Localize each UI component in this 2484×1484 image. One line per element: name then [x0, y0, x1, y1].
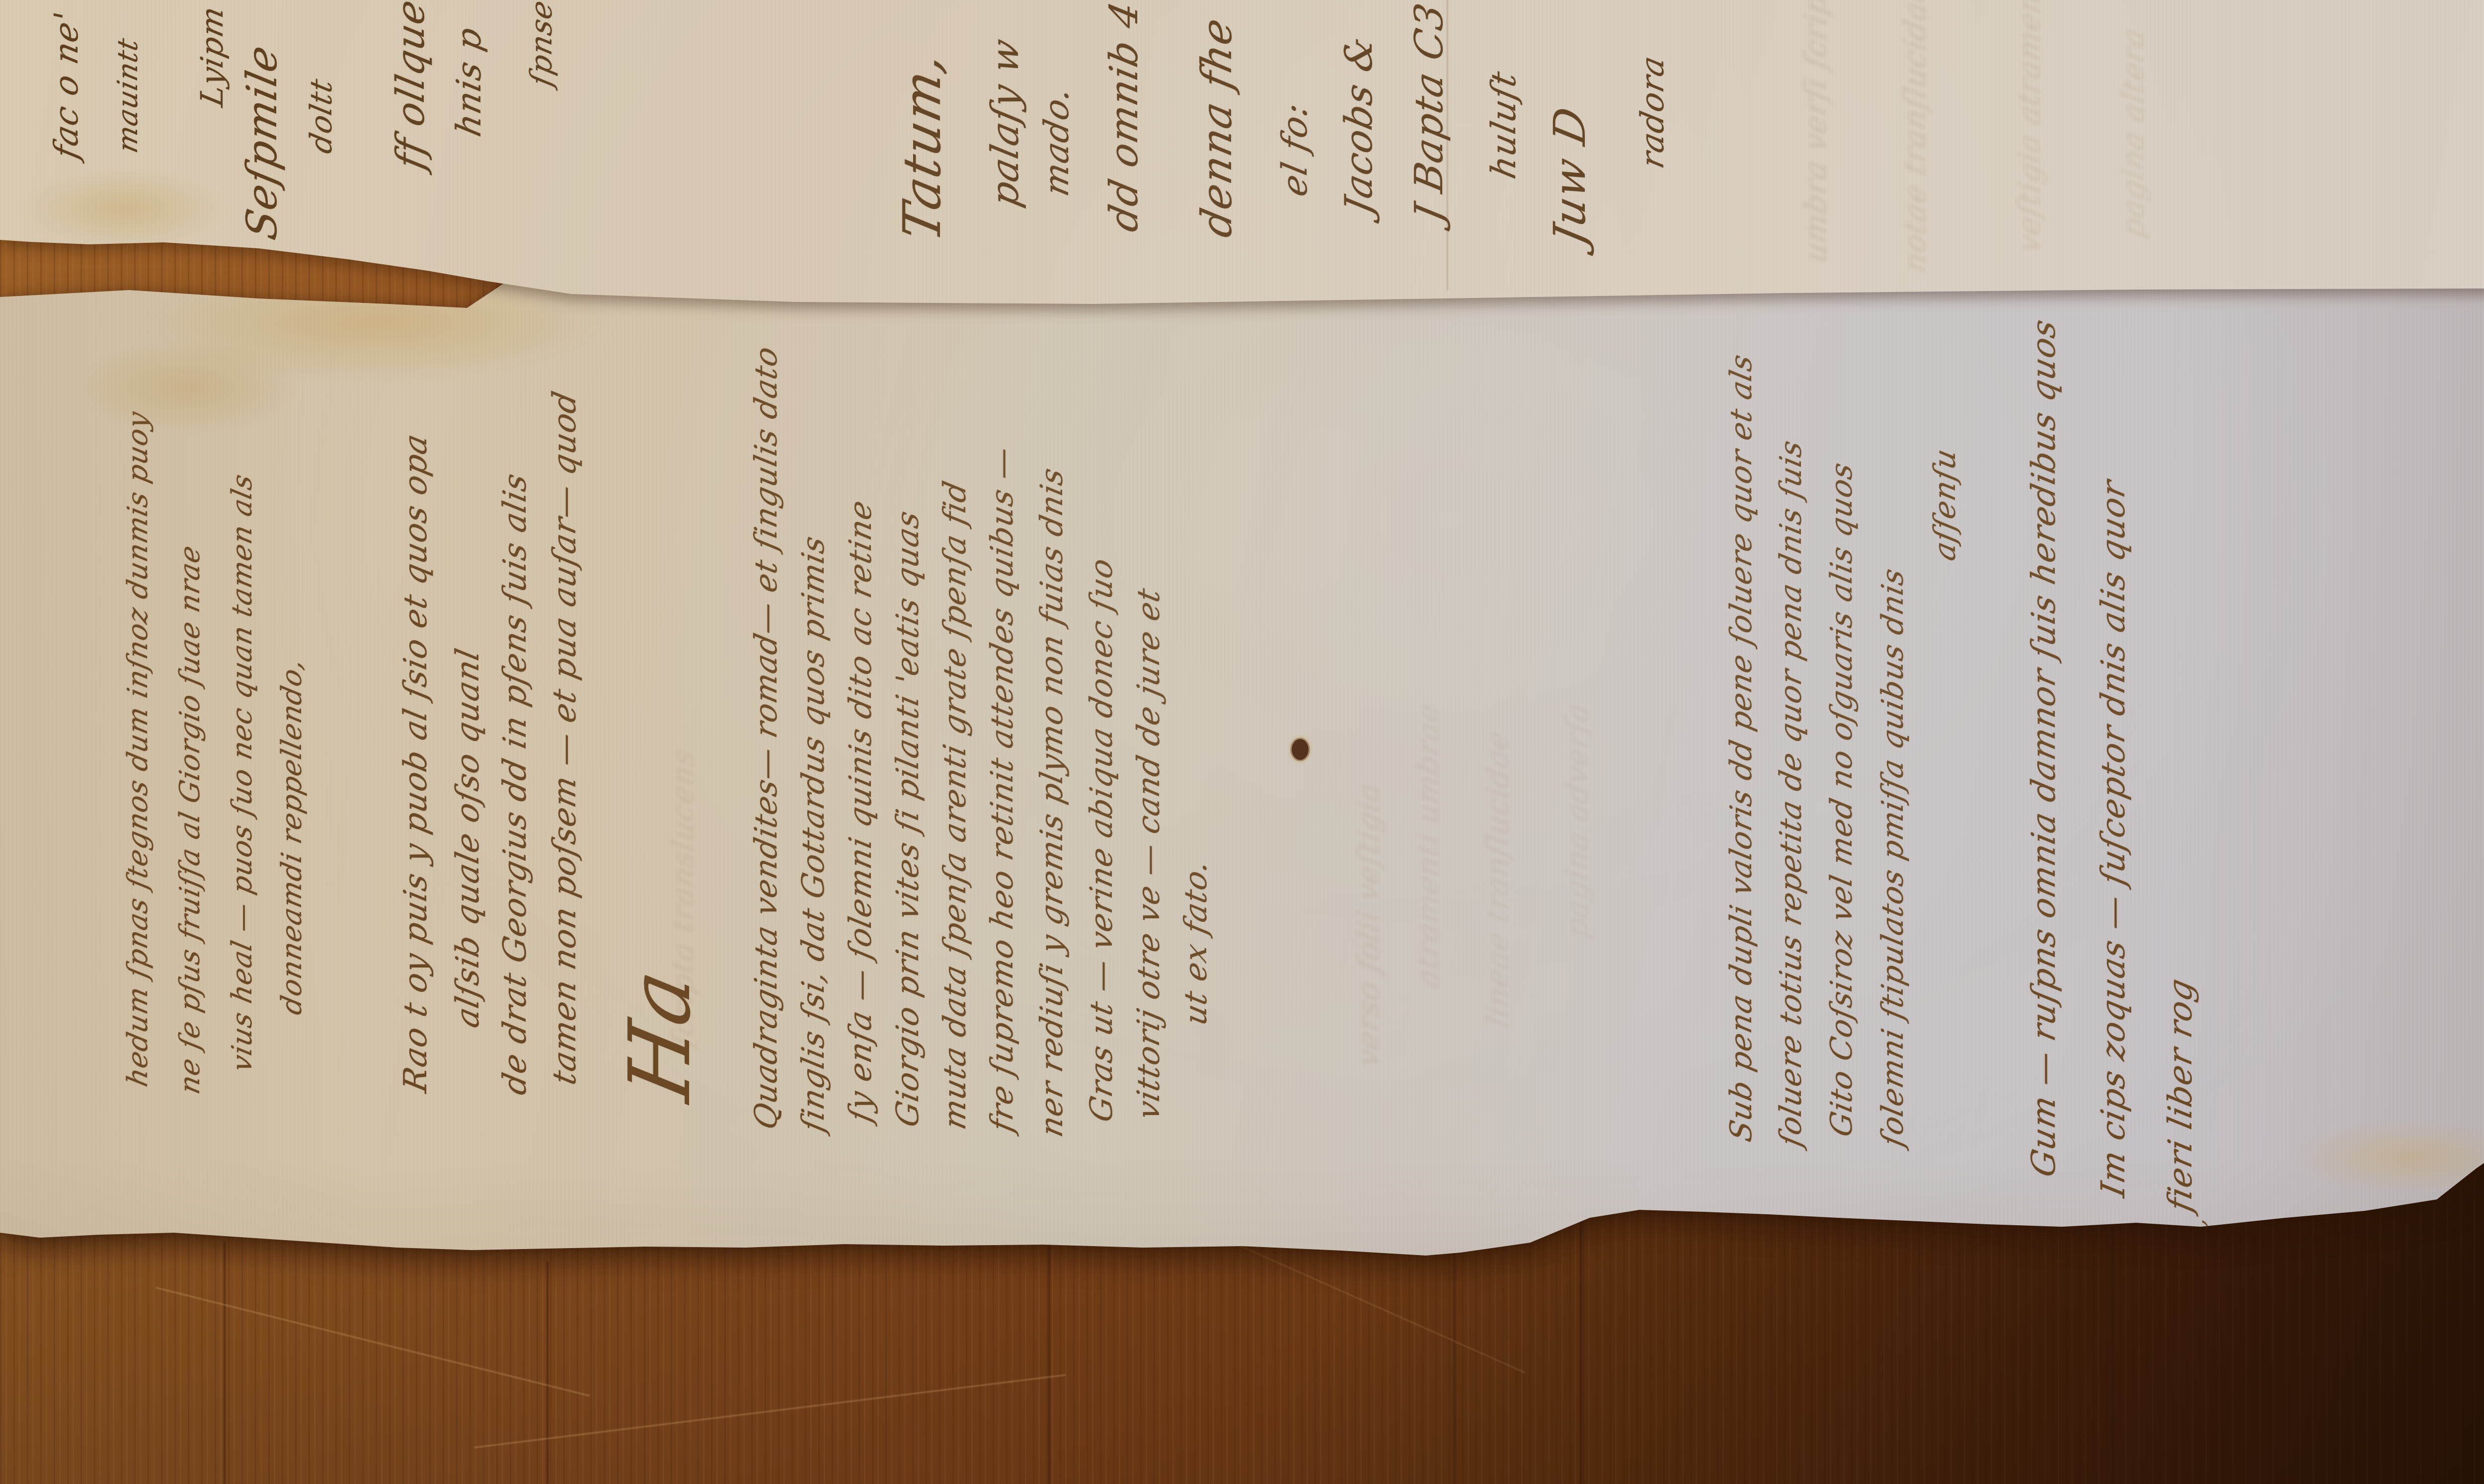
- script-line: denna fhe: [1192, 13, 1241, 241]
- script-line: hnis p: [450, 23, 489, 140]
- upper-manuscript-sheet: fac o ne'mauinttLyipmSeſpmiledolttff oll…: [0, 0, 2484, 1484]
- ghost-script-line: pagina altera: [2116, 25, 2151, 241]
- script-line: Jacobs &: [1336, 32, 1381, 218]
- script-line: ff ollque: [388, 0, 433, 173]
- script-line: huluſt: [1484, 68, 1524, 182]
- script-line: Seſpmile: [237, 40, 286, 243]
- ghost-script-line: umbra verſi ſcripta: [1798, 0, 1833, 266]
- script-line: dd omnib 4: [1102, 0, 1147, 235]
- script-line: Juw D: [1544, 102, 1595, 249]
- script-line: mauintt: [112, 35, 144, 156]
- script-line: Lyipm: [194, 2, 230, 109]
- paper-crease: [1447, 0, 1448, 291]
- ghost-script-line: veſtigia atramenti: [2012, 0, 2047, 256]
- script-line: ſpnse: [524, 0, 559, 89]
- script-line: palaſy w: [983, 34, 1027, 211]
- script-line: Tatum,: [892, 47, 952, 246]
- script-line: fac o ne': [47, 8, 85, 162]
- script-line: mado.: [1037, 83, 1077, 200]
- manuscript-photo-scene: hedum ſpnas ſtegnos dum inſnoz dunmis pu…: [0, 0, 2484, 1484]
- upper-manuscript-sheet-wrap: fac o ne'mauinttLyipmSeſpmiledolttff oll…: [0, 0, 2484, 1484]
- script-line: el fo:: [1274, 99, 1315, 200]
- ghost-script-line: notae tranſlucidae: [1898, 0, 1933, 276]
- script-line: radora: [1634, 52, 1671, 171]
- script-line: J Bapta C3: [1407, 0, 1452, 225]
- script-line: doltt: [304, 75, 339, 156]
